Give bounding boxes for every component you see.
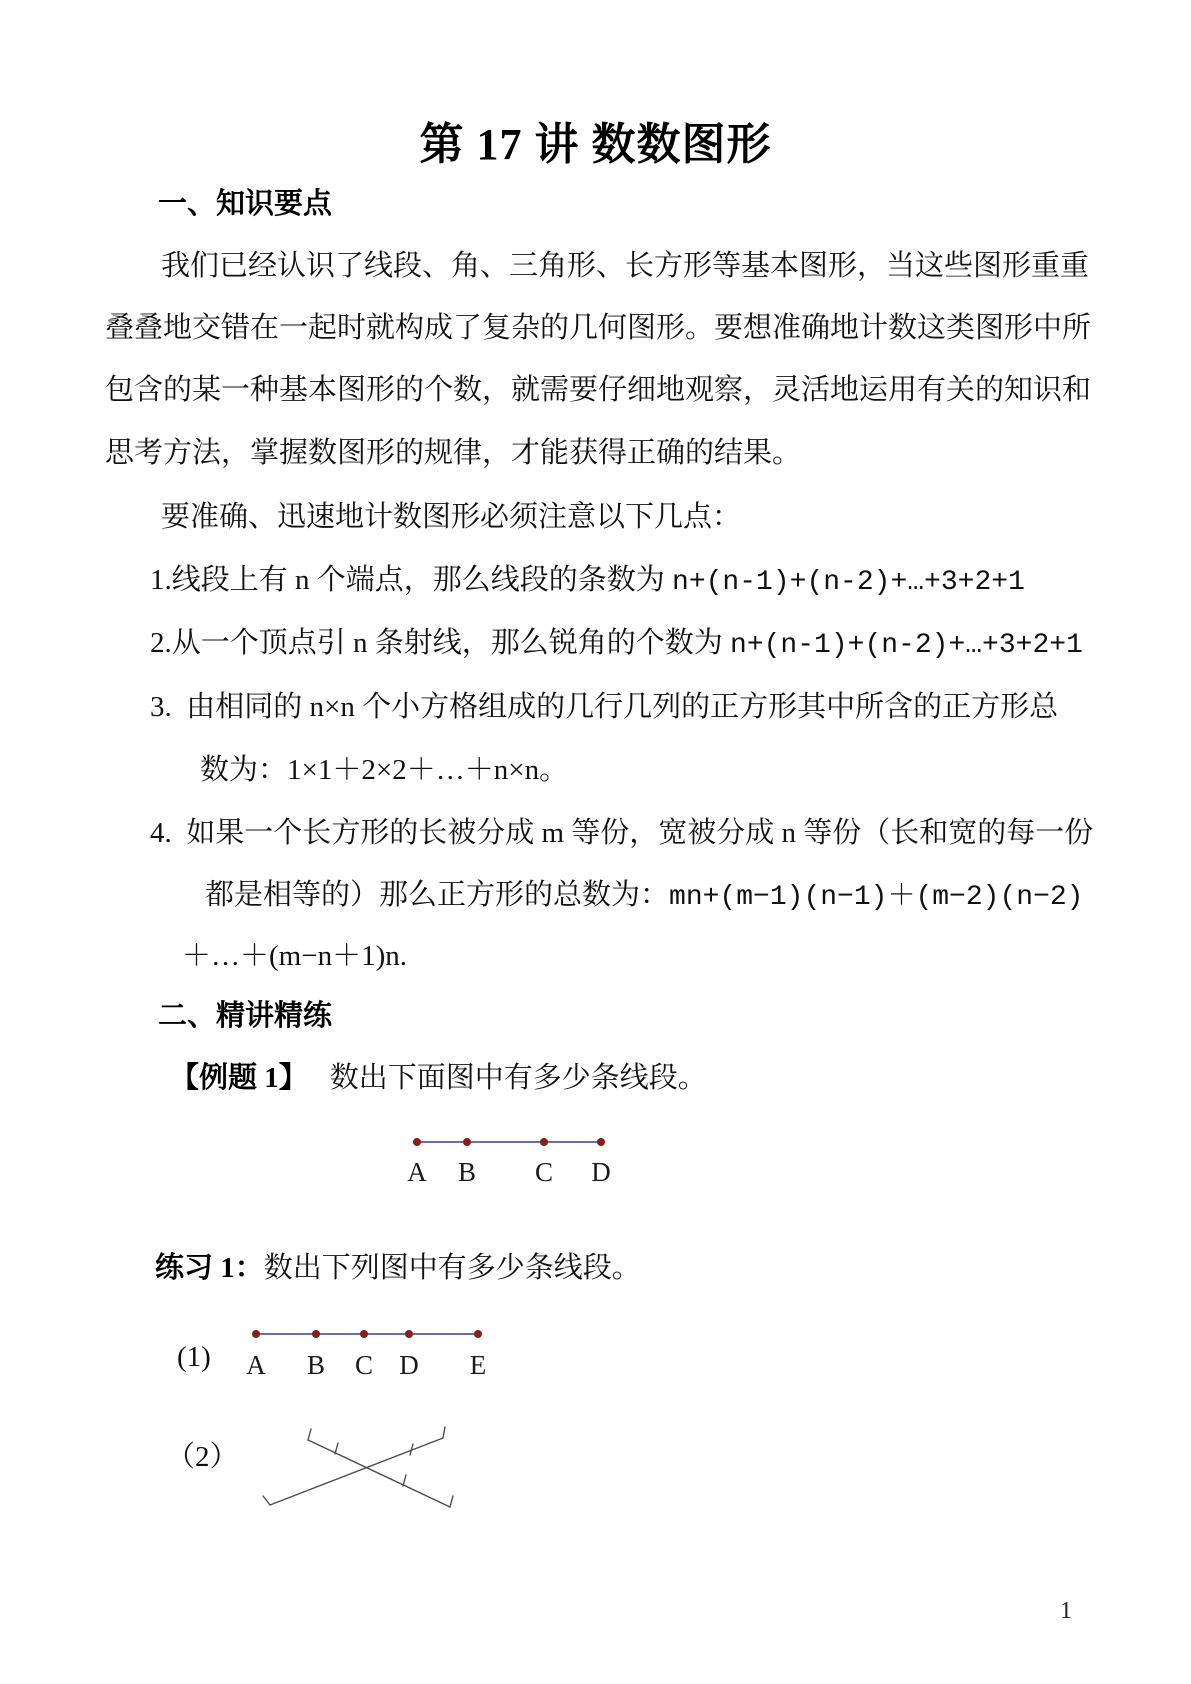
tick-mark <box>308 1429 311 1440</box>
item1-text: 1.线段上有 n 个端点，那么线段的条数为 <box>150 564 672 596</box>
point-label-b: B <box>458 1157 476 1187</box>
point-label-d: D <box>591 1157 611 1187</box>
tick-mark <box>450 1496 453 1507</box>
endpoint-dot <box>540 1138 548 1146</box>
example1-label: 【例题 1】 <box>170 1062 308 1094</box>
crossing-lines-group <box>263 1427 453 1507</box>
knowledge-item-3-line1: 3. 由相同的 n×n 个小方格组成的几行几列的正方形其中所含的正方形总 <box>150 691 1058 724</box>
sub1-label: (1) <box>177 1341 211 1374</box>
item4-line2-formula: mn+(m−1)(n−1)＋(m−2)(n−2) <box>669 882 1083 913</box>
practice1-line: 练习 1：数出下列图中有多少条线段。 <box>155 1252 641 1285</box>
para1-line1: 我们已经认识了线段、角、三角形、长方形等基本图形，当这些图形重重 <box>161 250 1089 283</box>
section2-heading: 二、精讲精练 <box>158 1000 332 1033</box>
endpoint-dot <box>463 1138 471 1146</box>
crossing-lines-diagram <box>240 1420 470 1520</box>
tick-mark <box>263 1496 270 1505</box>
endpoint-dot <box>474 1330 482 1338</box>
endpoint-dot <box>312 1330 320 1338</box>
tick-mark <box>443 1427 445 1438</box>
para1-line2: 叠叠地交错在一起时就构成了复杂的几何图形。要想准确地计数这类图形中所 <box>105 312 1091 345</box>
descending-line <box>308 1440 450 1507</box>
tick-mark <box>403 1475 406 1486</box>
point-label-c: C <box>355 1350 373 1380</box>
sub2-label: （2） <box>166 1441 239 1474</box>
para1-line3: 包含的某一种基本图形的个数，就需要仔细地观察，灵活地运用有关的知识和 <box>105 374 1091 407</box>
document-page: 第 17 讲 数数图形 一、知识要点 我们已经认识了线段、角、三角形、长方形等基… <box>0 0 1191 1684</box>
endpoint-dot <box>597 1138 605 1146</box>
knowledge-item-2: 2.从一个顶点引 n 条射线，那么锐角的个数为 n+(n-1)+(n-2)+…+… <box>150 627 1083 662</box>
tick-mark <box>335 1443 338 1454</box>
endpoint-dot <box>252 1330 260 1338</box>
practice1-label: 练习 1： <box>155 1252 264 1284</box>
knowledge-item-1: 1.线段上有 n 个端点，那么线段的条数为 n+(n-1)+(n-2)+…+3+… <box>150 564 1025 599</box>
item2-formula: n+(n-1)+(n-2)+…+3+2+1 <box>730 630 1083 661</box>
knowledge-item-4-line1: 4. 如果一个长方形的长被分成 m 等份，宽被分成 n 等份（长和宽的每一份 <box>150 817 1093 850</box>
item2-text: 2.从一个顶点引 n 条射线，那么锐角的个数为 <box>150 627 730 659</box>
example1-text: 数出下面图中有多少条线段。 <box>330 1062 707 1094</box>
point-label-c: C <box>535 1157 553 1187</box>
practice1-text: 数出下列图中有多少条线段。 <box>264 1252 641 1284</box>
knowledge-item-4-line3: ＋…＋(m−n＋1)n. <box>182 940 407 973</box>
point-label-a: A <box>246 1350 266 1380</box>
para1-line4: 思考方法，掌握数图形的规律，才能获得正确的结果。 <box>105 437 801 470</box>
ascending-line <box>270 1438 443 1505</box>
page-title: 第 17 讲 数数图形 <box>0 108 1191 172</box>
point-label-d: D <box>399 1350 419 1380</box>
point-label-b: B <box>307 1350 325 1380</box>
point-label-a: A <box>407 1157 427 1187</box>
segment-diagram-abcde: A B C D E <box>240 1312 500 1387</box>
section1-heading: 一、知识要点 <box>158 188 332 221</box>
endpoint-dot <box>405 1330 413 1338</box>
segment-diagram-abcd: A B C D <box>400 1118 630 1193</box>
endpoint-dot <box>360 1330 368 1338</box>
page-number: 1 <box>1060 1598 1072 1625</box>
knowledge-item-4-line2: 都是相等的）那么正方形的总数为：mn+(m−1)(n−1)＋(m−2)(n−2) <box>205 879 1083 914</box>
endpoint-dot <box>413 1138 421 1146</box>
point-label-e: E <box>470 1350 487 1380</box>
example1-line: 【例题 1】数出下面图中有多少条线段。 <box>170 1062 707 1095</box>
item1-formula: n+(n-1)+(n-2)+…+3+2+1 <box>672 567 1025 598</box>
note-line: 要准确、迅速地计数图形必须注意以下几点： <box>161 501 741 534</box>
knowledge-item-3-line2: 数为：1×1＋2×2＋…＋n×n。 <box>200 754 568 787</box>
item4-line2-text: 都是相等的）那么正方形的总数为： <box>205 879 669 911</box>
